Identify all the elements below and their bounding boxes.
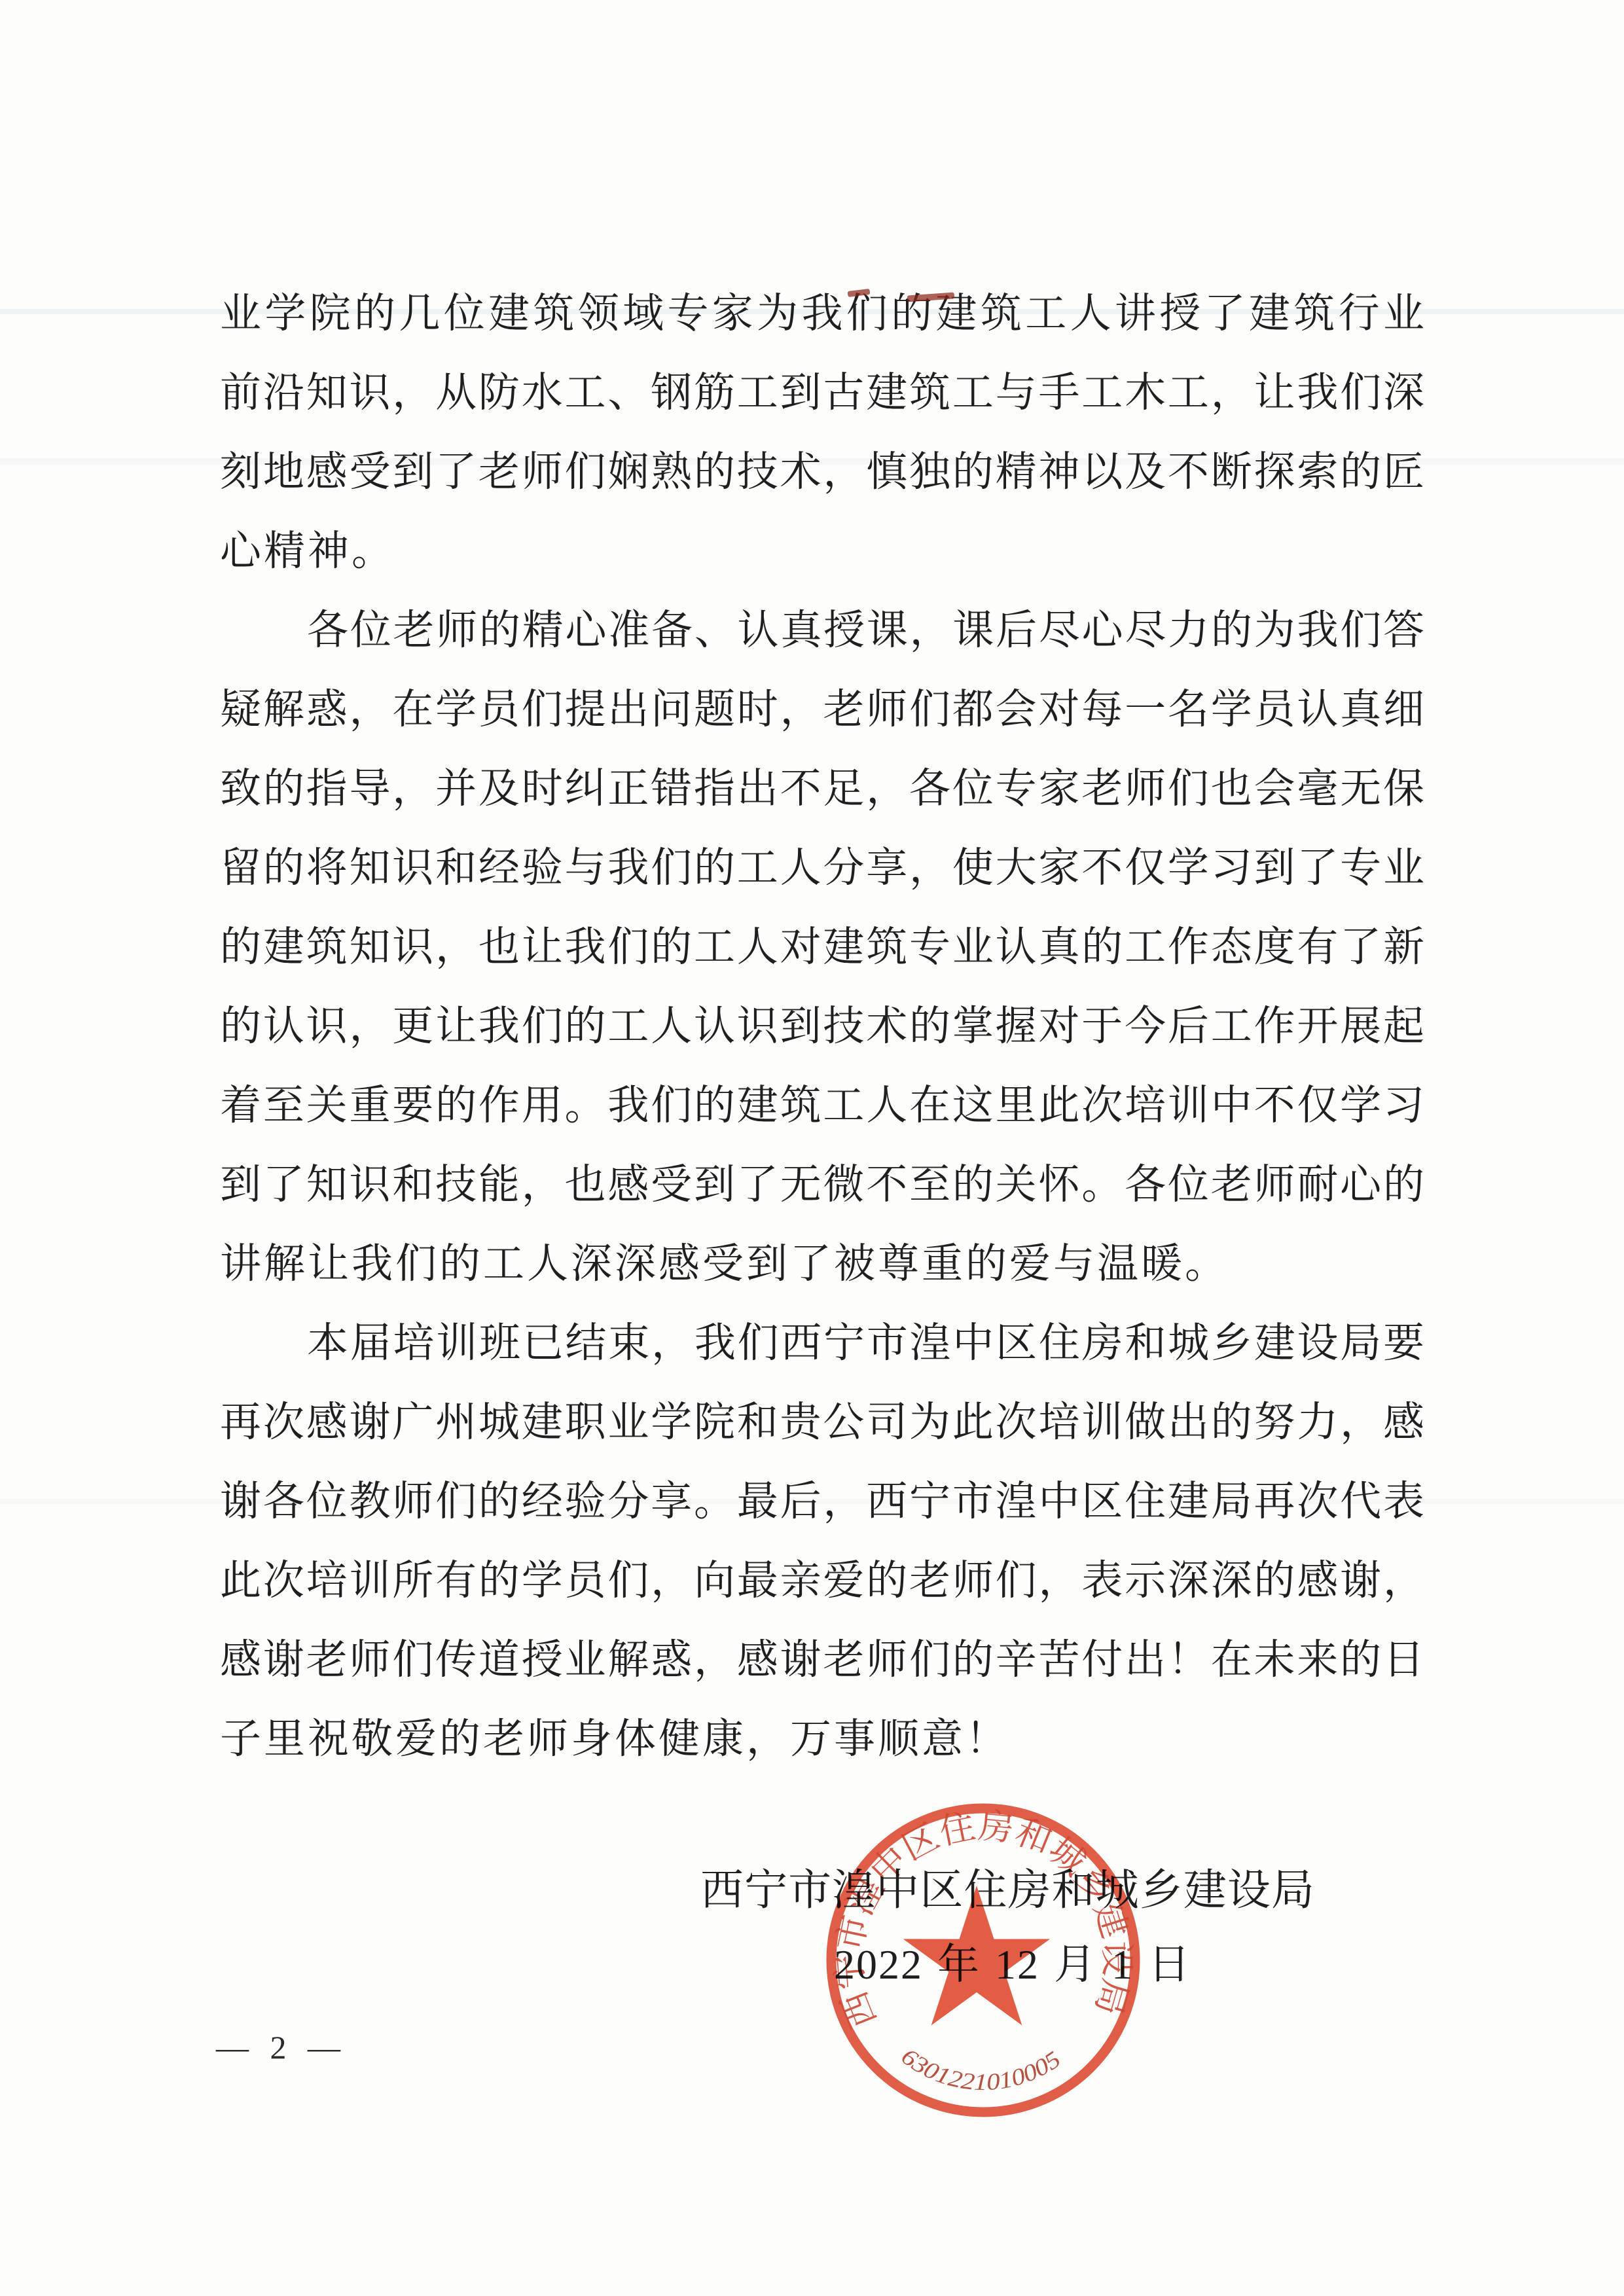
scanned-letter-page: 业学院的几位建筑领域专家为我们的建筑工人讲授了建筑行业 前沿知识，从防水工、钢筋… [0,0,1624,2296]
body-line: 各位老师的精心准备、认真授课，课后尽心尽力的为我们答 [220,591,1424,670]
body-line: 心精神。 [220,512,1424,591]
body-line: 致的指导，并及时纠正错指出不足，各位专家老师们也会毫无保 [220,749,1424,829]
body-line: 刻地感受到了老师们娴熟的技术，慎独的精神以及不断探索的匠 [220,433,1424,512]
body-line: 的认识，更让我们的工人认识到技术的掌握对于今后工作开展起 [220,987,1424,1066]
body-line: 留的将知识和经验与我们的工人分享，使大家不仅学习到了专业 [220,829,1424,908]
body-line: 讲解让我们的工人深深感受到了被尊重的爱与温暖。 [220,1225,1424,1304]
seal-code: 6301221010005 [897,2043,1066,2095]
body-line: 谢各位教师们的经验分享。最后，西宁市湟中区住建局再次代表 [220,1462,1424,1541]
body-line: 此次培训所有的学员们，向最亲爱的老师们，表示深深的感谢， [220,1541,1424,1621]
body-line: 再次感谢广州城建职业学院和贵公司为此次培训做出的努力，感 [220,1383,1424,1462]
body-line: 疑解惑，在学员们提出问题时，老师们都会对每一名学员认真细 [220,670,1424,749]
svg-text:6301221010005: 6301221010005 [897,2043,1066,2095]
body-line: 子里祝敬爱的老师身体健康，万事顺意！ [220,1700,1424,1779]
body-line: 的建筑知识，也让我们的工人对建筑专业认真的工作态度有了新 [220,908,1424,987]
signature-organization: 西宁市湟中区住房和城乡建设局 [700,1858,1314,1924]
letter-body: 业学院的几位建筑领域专家为我们的建筑工人讲授了建筑行业 前沿知识，从防水工、钢筋… [220,274,1424,1779]
body-line: 感谢老师们传道授业解惑，感谢老师们的辛苦付出！在未来的日 [220,1621,1424,1700]
body-line: 前沿知识，从防水工、钢筋工到古建筑工与手工木工，让我们深 [220,353,1424,433]
body-line: 着至关重要的作用。我们的建筑工人在这里此次培训中不仅学习 [220,1066,1424,1145]
signature-date: 2022 年 12 月 1 日 [834,1935,1191,1994]
body-line: 业学院的几位建筑领域专家为我们的建筑工人讲授了建筑行业 [220,274,1424,353]
body-line: 本届培训班已结束，我们西宁市湟中区住房和城乡建设局要 [220,1304,1424,1383]
page-number: — 2 — [216,2024,347,2071]
body-line: 到了知识和技能，也感受到了无微不至的关怀。各位老师耐心的 [220,1145,1424,1225]
